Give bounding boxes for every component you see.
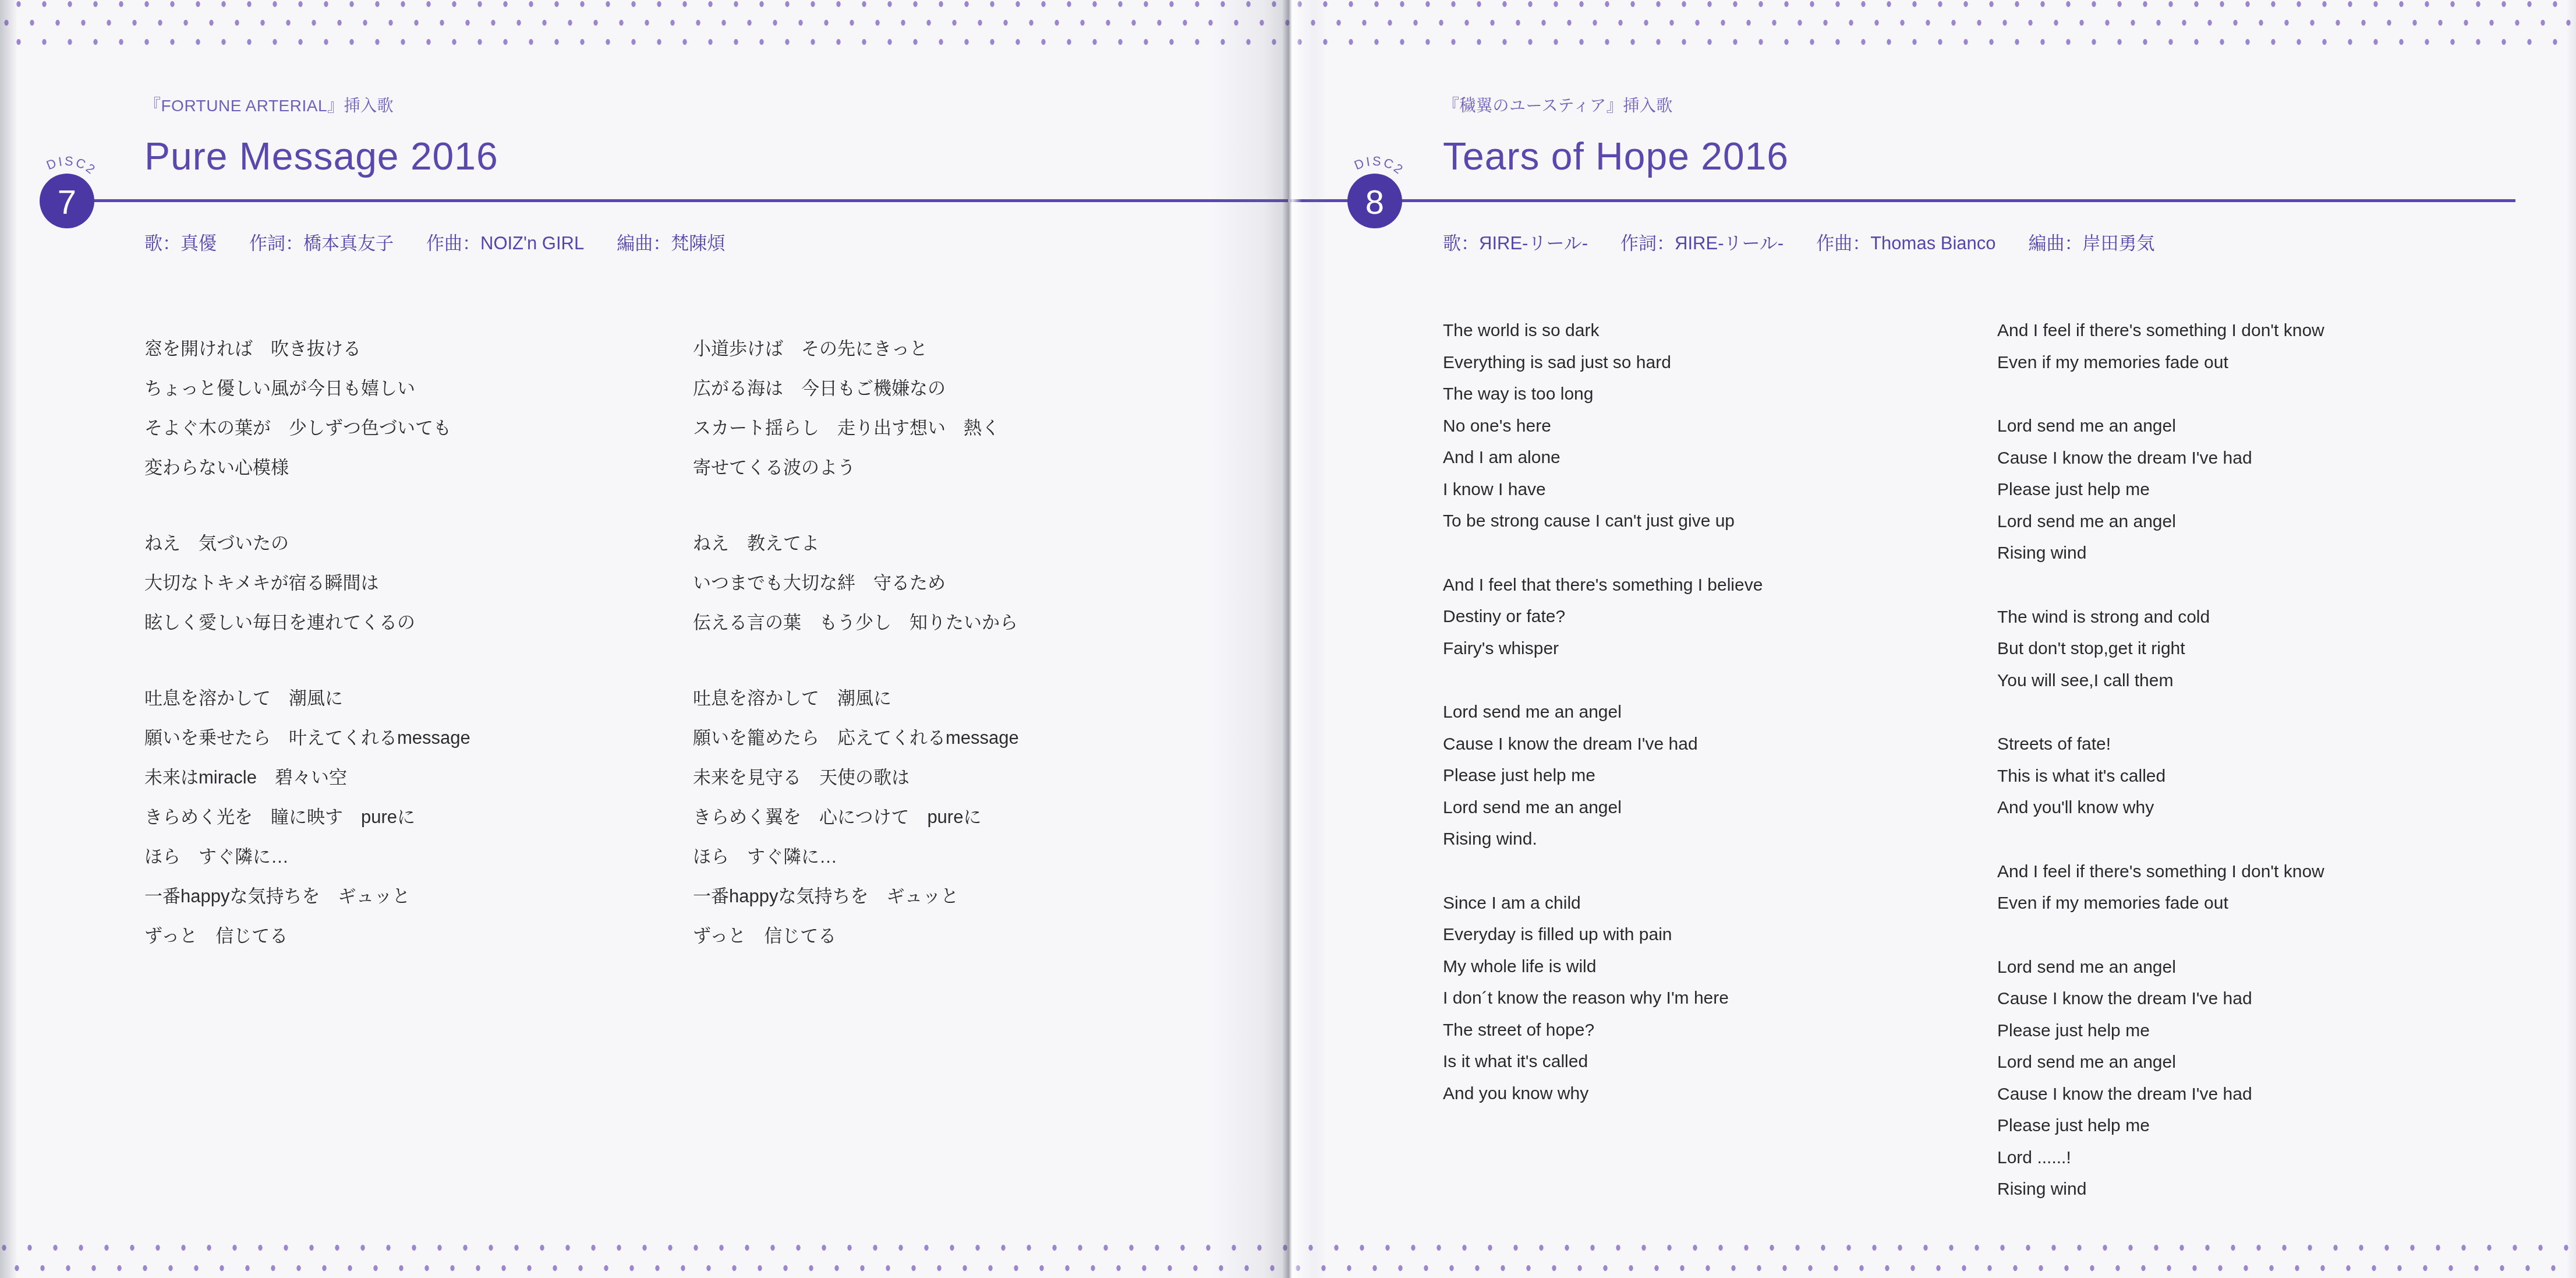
lyric-line: Even if my memories fade out (1997, 347, 2324, 379)
lyric-line: Since I am a child (1443, 888, 1763, 920)
credit-item: 作曲：NOIZ'n GIRL (426, 228, 584, 255)
lyric-line: 小道歩けば その先にきっと (693, 329, 1019, 369)
lyric-line: This is what it's called (1997, 761, 2324, 793)
lyric-line: Destiny or fate? (1443, 601, 1763, 633)
lyric-line: ずっと 信じてる (144, 916, 470, 956)
lyric-line: And you know why (1443, 1078, 1763, 1110)
lyric-line: 変わらない心模様 (144, 448, 470, 488)
lyrics-column: 窓を開ければ 吹き抜けるちょっと優しい風が今日も嬉しいそよぐ木の葉が 少しずつ色… (144, 329, 470, 992)
lyric-line: You will see,I call them (1997, 665, 2324, 697)
lyric-stanza: The wind is strong and coldBut don't sto… (1997, 602, 2324, 697)
track-number-left: 7 (58, 183, 76, 221)
credit-item: 歌：真優 (144, 228, 217, 255)
lyric-line: My whole life is wild (1443, 951, 1763, 983)
lyric-line: Please just help me (1997, 474, 2324, 506)
lyric-line: 願いを籠めたら 応えてくれるmessage (693, 718, 1019, 758)
lyric-line: 広がる海は 今日もご機嫌なの (693, 369, 1019, 408)
lyric-line: And I feel if there's something I don't … (1997, 315, 2324, 347)
lyric-line: 伝える言の葉 もう少し 知りたいから (693, 603, 1019, 642)
lyric-line: Lord send me an angel (1997, 411, 2324, 443)
lyric-line: But don't stop,get it right (1997, 633, 2324, 665)
lyric-line: Cause I know the dream I've had (1997, 983, 2324, 1015)
lyric-line: ねえ 気づいたの (144, 524, 470, 563)
track-number-right: 8 (1365, 183, 1384, 221)
lyric-line: スカート揺らし 走り出す想い 熱く (693, 408, 1019, 448)
lyric-line: Lord send me an angel (1443, 792, 1763, 824)
track-badge-right: DISC2 8 (1319, 146, 1430, 256)
lyric-line: Please just help me (1997, 1015, 2324, 1047)
track-title-right: Tears of Hope 2016 (1443, 134, 1789, 178)
lyric-line: The world is so dark (1443, 315, 1763, 347)
lyric-line: I know I have (1443, 474, 1763, 506)
lyric-stanza: The world is so darkEverything is sad ju… (1443, 315, 1763, 538)
credit-item: 作曲：Thomas Bianco (1816, 228, 1995, 255)
lyric-line: And I feel that there's something I beli… (1443, 570, 1763, 602)
lyric-line: 未来を見守る 天使の歌は (693, 758, 1019, 797)
track-badge-left: DISC2 7 (12, 146, 122, 256)
lyric-stanza: 吐息を溶かして 潮風に願いを乗せたら 叶えてくれるmessage未来はmirac… (144, 679, 470, 956)
lyric-line: 一番happyな気持ちを ギュッと (144, 877, 470, 916)
lyric-line: To be strong cause I can't just give up (1443, 506, 1763, 538)
credit-item: 歌：ЯIRE-リール- (1443, 228, 1588, 255)
lyric-stanza: ねえ 教えてよいつまでも大切な絆 守るため伝える言の葉 もう少し 知りたいから (693, 524, 1019, 642)
lyric-line: Even if my memories fade out (1997, 888, 2324, 920)
credit-item: 作詞：橋本真友子 (249, 228, 394, 255)
lyric-line: The street of hope? (1443, 1015, 1763, 1047)
lyric-stanza: And I feel that there's something I beli… (1443, 570, 1763, 665)
lyric-stanza: Lord send me an angelCause I know the dr… (1443, 697, 1763, 856)
lyric-line: Cause I know the dream I've had (1997, 443, 2324, 475)
booklet-spread: 『FORTUNE ARTERIAL』挿入歌 Pure Message 2016 … (0, 0, 2576, 1278)
lyric-line: 吐息を溶かして 潮風に (144, 679, 470, 718)
lyric-line: ちょっと優しい風が今日も嬉しい (144, 369, 470, 408)
lyric-line: Fairy's whisper (1443, 633, 1763, 665)
lyric-line: Please just help me (1997, 1110, 2324, 1142)
credits-row-right: 歌：ЯIRE-リール-作詞：ЯIRE-リール-作曲：Thomas Bianco編… (1443, 228, 2155, 255)
lyric-line: そよぐ木の葉が 少しずつ色づいても (144, 408, 470, 448)
lyric-line: The wind is strong and cold (1997, 602, 2324, 634)
lyric-line: I don´t know the reason why I'm here (1443, 983, 1763, 1015)
lyric-line: Everyday is filled up with pain (1443, 919, 1763, 951)
lyric-stanza: Lord send me an angelCause I know the dr… (1997, 952, 2324, 1206)
lyric-line: Please just help me (1443, 760, 1763, 792)
lyric-stanza: Since I am a childEveryday is filled up … (1443, 888, 1763, 1110)
lyric-line: Lord send me an angel (1997, 506, 2324, 538)
lyric-line: No one's here (1443, 411, 1763, 443)
lyric-line: 眩しく愛しい毎日を連れてくるの (144, 603, 470, 642)
divider-rule-left (65, 199, 1288, 202)
lyrics-column: The world is so darkEverything is sad ju… (1443, 315, 1763, 1142)
lyric-line: And I feel if there's something I don't … (1997, 856, 2324, 888)
lyric-line: 吐息を溶かして 潮風に (693, 679, 1019, 718)
lyric-line: And I am alone (1443, 442, 1763, 474)
lyric-line: Everything is sad just so hard (1443, 347, 1763, 379)
series-title-right: 『穢翼のユースティア』挿入歌 (1443, 93, 1673, 116)
lyric-stanza: And I feel if there's something I don't … (1997, 315, 2324, 379)
credits-row-left: 歌：真優作詞：橋本真友子作曲：NOIZ'n GIRL編曲：梵陳煩 (144, 228, 725, 255)
lyrics-column: And I feel if there's something I don't … (1997, 315, 2324, 1238)
lyric-line: And you'll know why (1997, 792, 2324, 824)
lyric-stanza: ねえ 気づいたの大切なトキメキが宿る瞬間は眩しく愛しい毎日を連れてくるの (144, 524, 470, 642)
page-right: 『穢翼のユースティア』挿入歌 Tears of Hope 2016 DISC2 … (1288, 0, 2576, 1278)
lyric-line: Lord send me an angel (1997, 952, 2324, 984)
lyric-line: Lord send me an angel (1443, 697, 1763, 729)
lyrics-column: 小道歩けば その先にきっと広がる海は 今日もご機嫌なのスカート揺らし 走り出す想… (693, 329, 1019, 992)
page-left: 『FORTUNE ARTERIAL』挿入歌 Pure Message 2016 … (0, 0, 1288, 1278)
lyric-line: ねえ 教えてよ (693, 524, 1019, 563)
lyric-line: ほら すぐ隣に… (693, 837, 1019, 877)
lyric-stanza: 吐息を溶かして 潮風に願いを籠めたら 応えてくれるmessage未来を見守る 天… (693, 679, 1019, 956)
lyric-line: きらめく光を 瞳に映す pureに (144, 797, 470, 837)
track-title-left: Pure Message 2016 (144, 134, 498, 178)
lyric-line: Is it what it's called (1443, 1046, 1763, 1078)
lyric-line: いつまでも大切な絆 守るため (693, 563, 1019, 603)
divider-rule-right (1290, 199, 2515, 202)
lyric-line: 大切なトキメキが宿る瞬間は (144, 563, 470, 603)
lyric-line: Lord ......! (1997, 1142, 2324, 1174)
lyric-line: 願いを乗せたら 叶えてくれるmessage (144, 718, 470, 758)
lyric-stanza: 窓を開ければ 吹き抜けるちょっと優しい風が今日も嬉しいそよぐ木の葉が 少しずつ色… (144, 329, 470, 488)
lyric-stanza: Lord send me an angelCause I know the dr… (1997, 411, 2324, 570)
credit-item: 作詞：ЯIRE-リール- (1620, 228, 1784, 255)
lyric-line: ずっと 信じてる (693, 916, 1019, 956)
lyric-line: Cause I know the dream I've had (1443, 729, 1763, 761)
lyric-line: Lord send me an angel (1997, 1047, 2324, 1079)
lyric-line: Rising wind (1997, 538, 2324, 570)
lyric-stanza: Streets of fate!This is what it's called… (1997, 729, 2324, 824)
lyric-line: Cause I know the dream I've had (1997, 1079, 2324, 1111)
credit-item: 編曲：岸田勇気 (2029, 228, 2155, 255)
lyric-stanza: And I feel if there's something I don't … (1997, 856, 2324, 920)
credit-item: 編曲：梵陳煩 (617, 228, 725, 255)
lyric-stanza: 小道歩けば その先にきっと広がる海は 今日もご機嫌なのスカート揺らし 走り出す想… (693, 329, 1019, 488)
lyric-line: Streets of fate! (1997, 729, 2324, 761)
lyric-line: 寄せてくる波のよう (693, 448, 1019, 488)
lyric-line: Rising wind (1997, 1174, 2324, 1206)
lyric-line: きらめく翼を 心につけて pureに (693, 797, 1019, 837)
lyric-line: 未来はmiracle 碧々い空 (144, 758, 470, 797)
lyric-line: ほら すぐ隣に… (144, 837, 470, 877)
lyric-line: 一番happyな気持ちを ギュッと (693, 877, 1019, 916)
series-title-left: 『FORTUNE ARTERIAL』挿入歌 (144, 93, 394, 116)
lyric-line: Rising wind. (1443, 824, 1763, 856)
lyric-line: The way is too long (1443, 379, 1763, 411)
lyric-line: 窓を開ければ 吹き抜ける (144, 329, 470, 369)
